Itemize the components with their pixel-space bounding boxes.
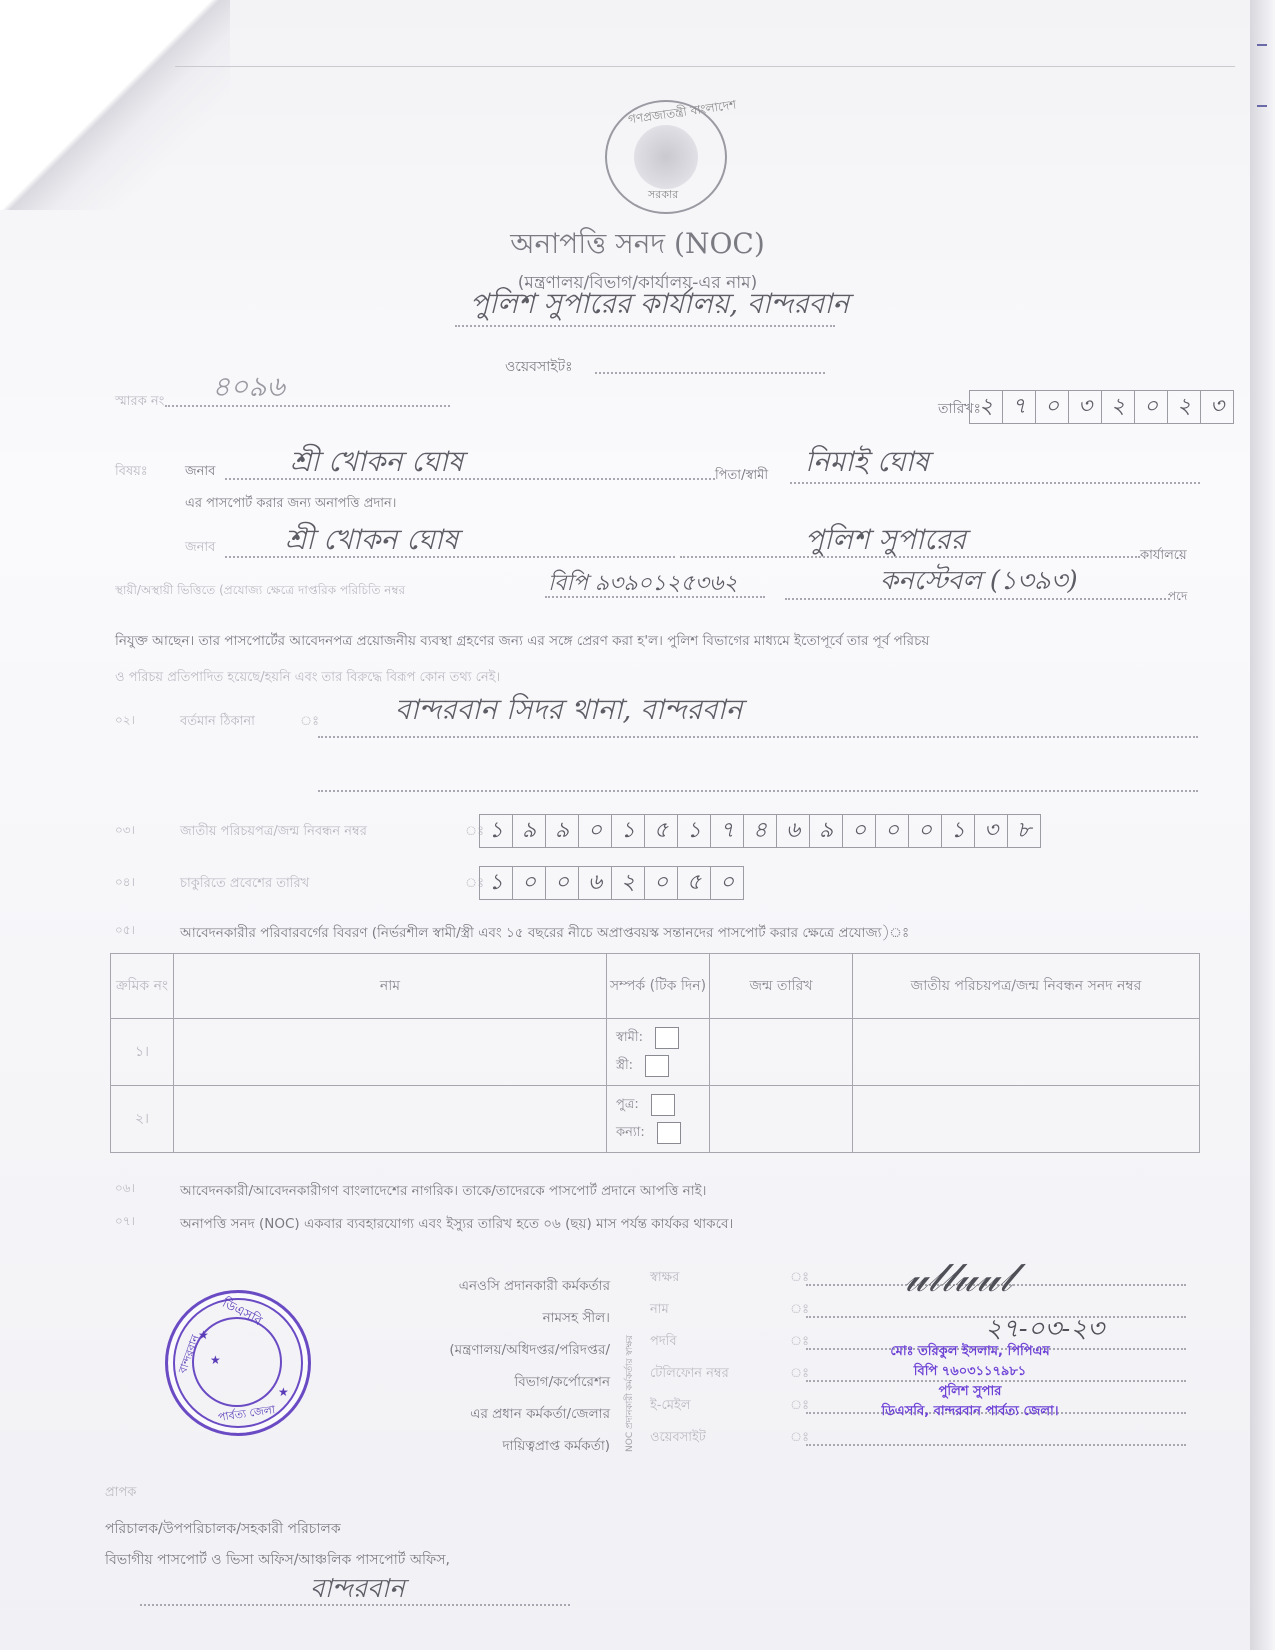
- family-table: ক্রমিক নং নাম সম্পর্ক (টিক দিন) জন্ম তার…: [110, 953, 1200, 1153]
- edge-mark: [1257, 105, 1267, 107]
- office-name: পুলিশ সুপারের কার্যালয়, বান্দরবান: [470, 282, 849, 329]
- service-date-digit-box: ০: [512, 866, 546, 900]
- document-title: অনাপত্তি সনদ (NOC): [0, 222, 1275, 269]
- address-number: ০২।: [115, 712, 135, 732]
- janab-label: জনাব: [185, 462, 215, 483]
- relation-son-checkbox[interactable]: [651, 1094, 675, 1116]
- header-dob: জন্ম তারিখ: [710, 954, 853, 1019]
- officer-field-label: পদবি: [650, 1326, 790, 1358]
- family-label: আবেদনকারীর পরিবারবর্গের বিবরণ (নির্ভরশীল…: [180, 922, 909, 945]
- row-serial: ১।: [111, 1019, 174, 1086]
- designation-suffix: পদে: [1168, 588, 1187, 608]
- officer-field-label: টেলিফোন নম্বর: [650, 1358, 790, 1390]
- basis-text: স্থায়ী/অস্থায়ী ভিত্তিতে (প্রযোজ্য ক্ষে…: [115, 582, 545, 602]
- designation-line: [785, 598, 1170, 600]
- nid-digit-box: ৯: [545, 814, 579, 848]
- star-icon: ★: [210, 1353, 221, 1367]
- father-name-line: [790, 482, 1200, 484]
- officer-description: এনওসি প্রদানকারী কর্মকর্তারনামসহ সীল।(মন…: [330, 1270, 610, 1462]
- row-name-cell[interactable]: [174, 1019, 607, 1086]
- table-row: ১। স্বামী: স্ত্রী:: [111, 1019, 1200, 1086]
- officer-description-line: নামসহ সীল।: [330, 1302, 610, 1334]
- body-name-line: [225, 556, 675, 558]
- officer-description-line: এনওসি প্রদানকারী কর্মকর্তার: [330, 1270, 610, 1302]
- header-serial: ক্রমিক নং: [111, 954, 174, 1019]
- header-nid: জাতীয় পরিচয়পত্র/জন্ম নিবন্ধন সনদ নম্বর: [853, 954, 1200, 1019]
- signature: 𝓊𝓁𝓁𝓊𝓊𝓁: [905, 1255, 1013, 1301]
- paragraph-1: নিযুক্ত আছেন। তার পাসপোর্টের আবেদনপত্র প…: [115, 630, 1235, 653]
- family-number: ০৫।: [115, 922, 135, 942]
- nid-digit-box: ৯: [809, 814, 843, 848]
- declaration-number: ০৭।: [115, 1213, 135, 1233]
- address-value: বান্দরবান সিদর থানা, বান্দরবান: [395, 688, 742, 735]
- nid-label: জাতীয় পরিচয়পত্র/জন্ম নিবন্ধন নম্বর: [180, 822, 367, 843]
- memo-line: [165, 405, 450, 407]
- date-digit-box: ৩: [1200, 390, 1234, 424]
- date-digit-box: ০: [1134, 390, 1168, 424]
- applicant-name-line: [225, 478, 715, 480]
- office-name-line: [455, 325, 835, 327]
- service-date-digit-box: ৫: [677, 866, 711, 900]
- officer-seal-line: ডিএসবি, বান্দরবান পার্বত্য জেলা।: [840, 1402, 1100, 1422]
- officer-seal-line: পুলিশ সুপার: [840, 1382, 1100, 1402]
- nid-digit-box: ৮: [1007, 814, 1041, 848]
- body-janab-label: জনাব: [185, 538, 215, 559]
- row-dob-cell[interactable]: [710, 1086, 853, 1153]
- service-date-digit-box: ২: [611, 866, 645, 900]
- date-digit-box: ৭: [1002, 390, 1036, 424]
- officer-description-line: বিভাগ/কর্পোরেশন: [330, 1366, 610, 1398]
- subject-label: বিষয়ঃ: [115, 462, 148, 483]
- service-date-digit-box: ০: [644, 866, 678, 900]
- service-date-digit-box: ০: [710, 866, 744, 900]
- relation-husband-label: স্বামী:: [616, 1028, 643, 1049]
- row-serial: ২।: [111, 1086, 174, 1153]
- row-name-cell[interactable]: [174, 1086, 607, 1153]
- date-boxes: ২৭০৩২০২৩: [970, 390, 1234, 424]
- website-label: ওয়েবসাইটঃ: [505, 355, 573, 379]
- nid-digit-box: ১: [941, 814, 975, 848]
- nid-digit-box: ৭: [710, 814, 744, 848]
- officer-vertical-label: NOC প্রদানকারী কর্মকর্তার স্বাক্ষর: [622, 1262, 634, 1452]
- address-label: বর্তমান ঠিকানা: [180, 712, 255, 733]
- nid-digit-box: ০: [842, 814, 876, 848]
- header-name: নাম: [174, 954, 607, 1019]
- memo-label: স্মারক নং: [115, 392, 164, 413]
- relation-wife-checkbox[interactable]: [645, 1055, 669, 1077]
- service-date-label: চাকুরিতে প্রবেশের তারিখ: [180, 874, 309, 895]
- address-line-2: [318, 790, 1198, 792]
- date-digit-box: ৩: [1068, 390, 1102, 424]
- nid-digit-box: ১: [611, 814, 645, 848]
- date-digit-box: ২: [1101, 390, 1135, 424]
- emblem-text-bottom: সরকার: [648, 186, 678, 205]
- father-name: নিমাই ঘোষ: [805, 440, 929, 487]
- date-digit-box: ২: [969, 390, 1003, 424]
- nid-digit-box: ১: [677, 814, 711, 848]
- office-suffix: কার্যালয়ে: [1140, 546, 1187, 567]
- nid-digit-box: ৬: [776, 814, 810, 848]
- paragraph-2: ও পরিচয় প্রতিপাদিত হয়েছে/হয়নি এবং তার…: [115, 668, 500, 689]
- officer-seal-line: বিপি ৭৬০৩১১৭৯৮১: [840, 1362, 1100, 1382]
- table-row: ২। পুত্র: কন্যা:: [111, 1086, 1200, 1153]
- relation-wife-label: স্ত্রী:: [616, 1056, 633, 1077]
- officer-field-label: ওয়েবসাইট: [650, 1422, 790, 1454]
- nid-digit-box: ১: [479, 814, 513, 848]
- website-line: [595, 372, 825, 374]
- top-border-line: [175, 66, 1235, 67]
- nid-digit-box: ৯: [512, 814, 546, 848]
- date-digit-box: ২: [1167, 390, 1201, 424]
- nid-boxes: ১৯৯০১৫১৭৪৬৯০০০১৩৮: [480, 814, 1041, 848]
- father-label: পিতা/স্বামী: [715, 466, 768, 487]
- row-nid-cell[interactable]: [853, 1086, 1200, 1153]
- declaration-text: অনাপত্তি সনদ (NOC) একবার ব্যবহারযোগ্য এব…: [180, 1213, 733, 1236]
- officer-description-line: এর প্রধান কর্মকর্তা/জেলার: [330, 1398, 610, 1430]
- recipient-city-line: [140, 1604, 570, 1606]
- edge-mark: [1257, 44, 1267, 46]
- star-icon: ★: [278, 1385, 289, 1399]
- officer-seal: মোঃ তরিকুল ইসলাম, পিপিএমবিপি ৭৬০৩১১৭৯৮১প…: [840, 1342, 1100, 1422]
- recipient-label: প্রাপক: [105, 1483, 136, 1504]
- nid-digit-box: ০: [908, 814, 942, 848]
- body-office-line: [680, 556, 1140, 558]
- nid-digit-box: ৪: [743, 814, 777, 848]
- officer-field-label: ই-মেইল: [650, 1390, 790, 1422]
- address-line-1: [318, 736, 1198, 738]
- row-nid-cell[interactable]: [853, 1019, 1200, 1086]
- nid-digit-box: ০: [875, 814, 909, 848]
- star-icon: ★: [198, 1328, 209, 1342]
- nid-number: ০৩।: [115, 822, 135, 842]
- declaration-number: ০৬।: [115, 1180, 135, 1200]
- round-stamp: ডিএসবি বান্দরবান পার্বত্য জেলা ★ ★ ★: [165, 1290, 311, 1436]
- service-date-digit-box: ০: [545, 866, 579, 900]
- officer-field-label: স্বাক্ষর: [650, 1262, 790, 1294]
- officer-field-line[interactable]: [806, 1430, 1186, 1446]
- official-id-line: [545, 596, 765, 598]
- service-date-digit-box: ৬: [578, 866, 612, 900]
- relation-daughter-label: কন্যা:: [616, 1123, 645, 1144]
- subject-purpose: এর পাসপোর্ট করার জন্য অনাপত্তি প্রদান।: [185, 494, 396, 515]
- officer-field-label: নাম: [650, 1294, 790, 1326]
- service-date-boxes: ১০০৬২০৫০: [480, 866, 744, 900]
- service-date-digit-box: ১: [479, 866, 513, 900]
- recipient-line-1: পরিচালক/উপপরিচালক/সহকারী পরিচালক: [105, 1517, 341, 1541]
- service-date-number: ০৪।: [115, 874, 135, 894]
- officer-description-line: দায়িত্বপ্রাপ্ত কর্মকর্তা): [330, 1430, 610, 1462]
- officer-description-line: (মন্ত্রণালয়/অধিদপ্তর/পরিদপ্তর/: [330, 1334, 610, 1366]
- nid-digit-box: ৩: [974, 814, 1008, 848]
- declaration-text: আবেদনকারী/আবেদনকারীগণ বাংলাদেশের নাগরিক।…: [180, 1180, 707, 1203]
- nid-digit-box: ০: [578, 814, 612, 848]
- relation-husband-checkbox[interactable]: [655, 1027, 679, 1049]
- nid-digit-box: ৫: [644, 814, 678, 848]
- row-dob-cell[interactable]: [710, 1019, 853, 1086]
- relation-son-label: পুত্র:: [616, 1095, 639, 1116]
- relation-daughter-checkbox[interactable]: [657, 1122, 681, 1144]
- date-digit-box: ০: [1035, 390, 1069, 424]
- header-relation: সম্পর্ক (টিক দিন): [607, 954, 710, 1019]
- officer-seal-line: মোঃ তরিকুল ইসলাম, পিপিএম: [840, 1342, 1100, 1362]
